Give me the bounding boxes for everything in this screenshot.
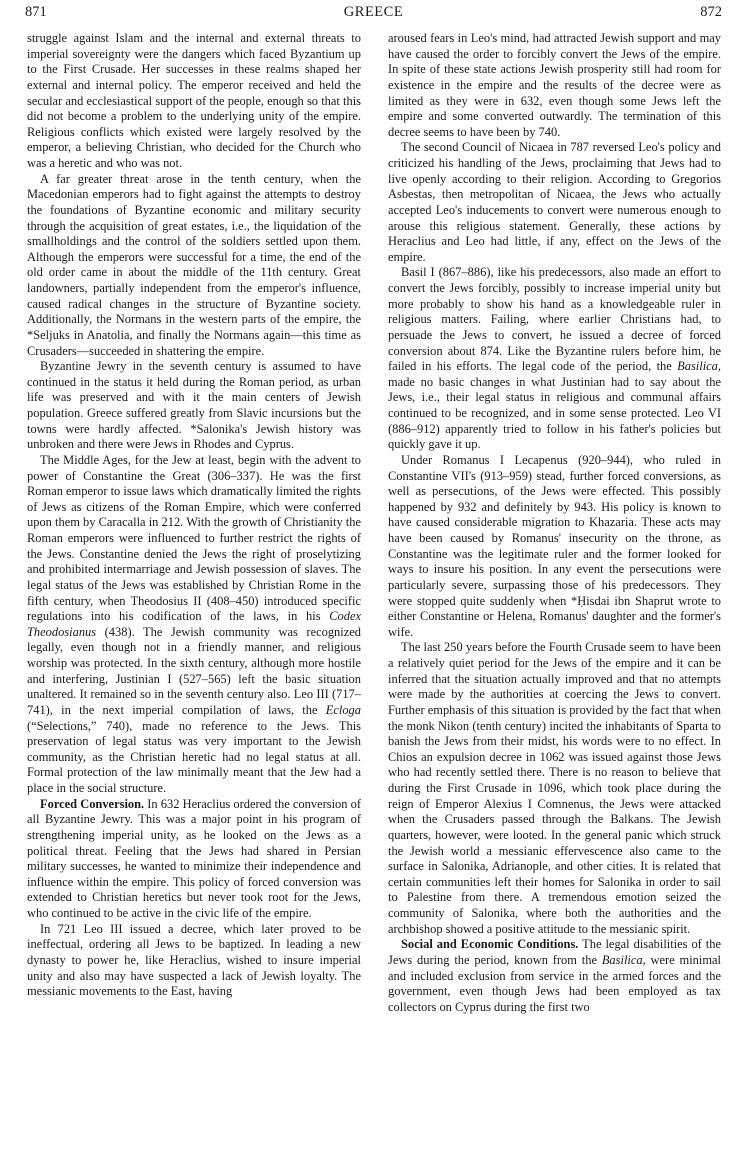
paragraph: The Middle Ages, for the Jew at least, b… [27, 453, 361, 797]
text-run: In 632 Heraclius ordered the conversion … [27, 797, 361, 920]
paragraph: The second Council of Nicaea in 787 reve… [388, 140, 721, 265]
left-column: struggle against Islam and the internal … [27, 31, 361, 1000]
text-run: The Middle Ages, for the Jew at least, b… [27, 453, 361, 623]
text-run: Basil I (867–886), like his predecessors… [388, 265, 721, 373]
text-run: made no basic changes in what Justinian … [388, 375, 721, 452]
page-number-right: 872 [700, 2, 722, 22]
paragraph: The last 250 years before the Fourth Cru… [388, 640, 721, 937]
paragraph: In 721 Leo III issued a decree, which la… [27, 922, 361, 1000]
right-column: aroused fears in Leo's mind, had attract… [388, 31, 721, 1015]
paragraph: Basil I (867–886), like his predecessors… [388, 265, 721, 453]
section-heading-forced-conversion: Forced Conversion. [40, 797, 144, 811]
paragraph: Under Romanus I Lecapenus (920–944), who… [388, 453, 721, 641]
paragraph: Byzantine Jewry in the seventh century i… [27, 359, 361, 453]
italic-title-basilica: Basilica, [602, 953, 646, 967]
paragraph: struggle against Islam and the internal … [27, 31, 361, 172]
running-header: 871 GREECE 872 [25, 2, 722, 22]
running-title: GREECE [25, 2, 722, 22]
section-heading-social-economic: Social and Economic Conditions. [401, 937, 578, 951]
paragraph: Forced Conversion. In 632 Heraclius orde… [27, 797, 361, 922]
italic-title-ecloga: Ecloga [326, 703, 361, 717]
paragraph: aroused fears in Leo's mind, had attract… [388, 31, 721, 140]
paragraph: Social and Economic Conditions. The lega… [388, 937, 721, 1015]
text-run: (“Selections,” 740), made no reference t… [27, 719, 361, 796]
paragraph: A far greater threat arose in the tenth … [27, 172, 361, 360]
italic-title-basilica: Basilica, [677, 359, 721, 373]
